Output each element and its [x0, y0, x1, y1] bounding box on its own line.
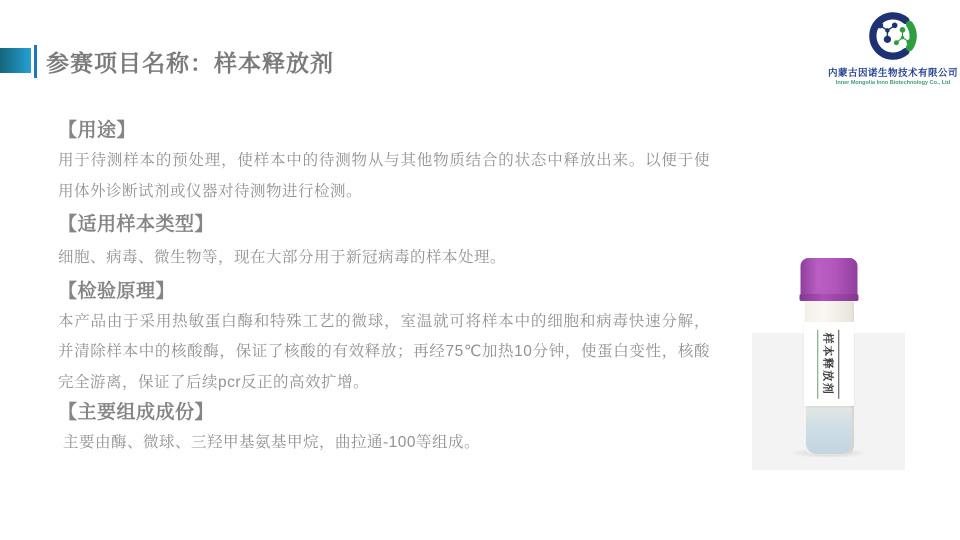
company-name-en: Inner Mongolia Inno Biotechnology Co., L… — [824, 80, 960, 86]
section-heading-composition: 【主要组成成份】 — [58, 398, 710, 428]
vial-neck — [805, 298, 852, 324]
section-body-usage: 用于待测样本的预处理，使样本中的待测物从与其他物质结合的状态中释放出来。以便于使… — [58, 146, 710, 207]
section-body-composition: 主要由酶、微球、三羟甲基氨基甲烷，曲拉通-100等组成。 — [58, 428, 710, 459]
company-logo: 内蒙古因诺生物技术有限公司 Inner Mongolia Inno Biotec… — [818, 8, 960, 86]
vial-cap-flange — [799, 294, 858, 301]
company-name-cn: 内蒙古因诺生物技术有限公司 — [818, 65, 960, 79]
section-heading-principle: 【检验原理】 — [58, 277, 710, 307]
vial-label: 样本释放剂 — [804, 322, 854, 406]
section-heading-sample-types: 【适用样本类型】 — [58, 210, 710, 240]
molecule-ring-logo-icon — [863, 8, 923, 64]
product-photo: 样本释放剂 — [752, 186, 905, 470]
title-accent-line — [34, 45, 37, 78]
section-body-principle: 本产品由于采用热敏蛋白酶和特殊工艺的微球，室温就可将样本中的细胞和病毒快速分解，… — [58, 307, 710, 399]
content-column: 【用途】 用于待测样本的预处理，使样本中的待测物从与其他物质结合的状态中释放出来… — [58, 112, 710, 459]
vial-label-text: 样本释放剂 — [818, 330, 840, 399]
section-heading-usage: 【用途】 — [58, 116, 710, 146]
presentation-slide: 参赛项目名称：样本释放剂 — [0, 0, 960, 540]
section-body-sample-types: 细胞、病毒、微生物等，现在大部分用于新冠病毒的样本处理。 — [58, 243, 710, 274]
vial-liquid — [806, 406, 852, 454]
page-title: 参赛项目名称：样本释放剂 — [46, 45, 334, 78]
title-accent-rect — [0, 48, 31, 73]
